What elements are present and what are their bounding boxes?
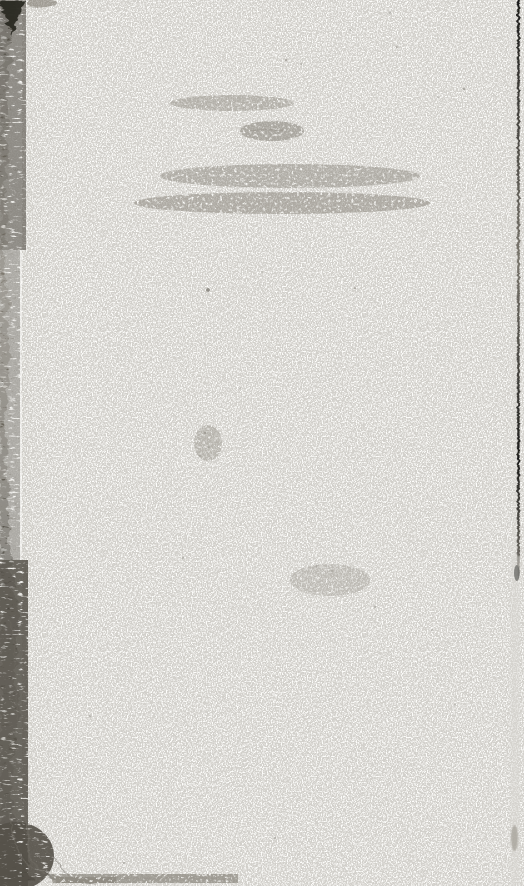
scan-texture-canvas: [0, 0, 524, 886]
edge-fiber-speckle-middle: [0, 250, 20, 560]
ghost-patch-mid: [194, 425, 222, 461]
speck: [199, 455, 201, 457]
right-edge-lower-blob: [511, 825, 518, 851]
speck: [261, 271, 263, 273]
speck: [374, 606, 376, 608]
speck: [454, 704, 456, 706]
speck: [285, 59, 287, 61]
ghost-band-4: [134, 192, 430, 214]
speck: [396, 46, 398, 48]
ghost-dash-mark: [250, 130, 284, 132]
speck: [389, 12, 391, 14]
speck: [463, 88, 466, 91]
ghost-patch-lower: [290, 564, 370, 596]
right-edge-dark-line: [517, 0, 519, 576]
speck: [208, 446, 210, 448]
speck: [331, 570, 333, 572]
speck: [204, 432, 206, 434]
speck: [437, 96, 439, 98]
speck-dark: [206, 288, 210, 292]
speck: [123, 862, 125, 864]
speck: [239, 387, 241, 389]
scanned-page: [0, 0, 524, 886]
speck: [89, 715, 91, 717]
speck: [316, 565, 319, 568]
speck: [274, 837, 276, 839]
speck: [300, 63, 302, 65]
speck: [431, 629, 433, 631]
ghost-band-3: [160, 164, 420, 188]
speck: [459, 617, 461, 619]
bottom-smudge-dense-segment: [56, 877, 116, 883]
speck: [182, 557, 184, 559]
speck: [204, 343, 206, 345]
bottom-smudge-line: [52, 874, 238, 883]
speck: [349, 29, 351, 31]
speck: [354, 287, 356, 289]
ghost-band-1: [170, 95, 294, 111]
edge-fiber-speckle-top: [0, 0, 26, 250]
